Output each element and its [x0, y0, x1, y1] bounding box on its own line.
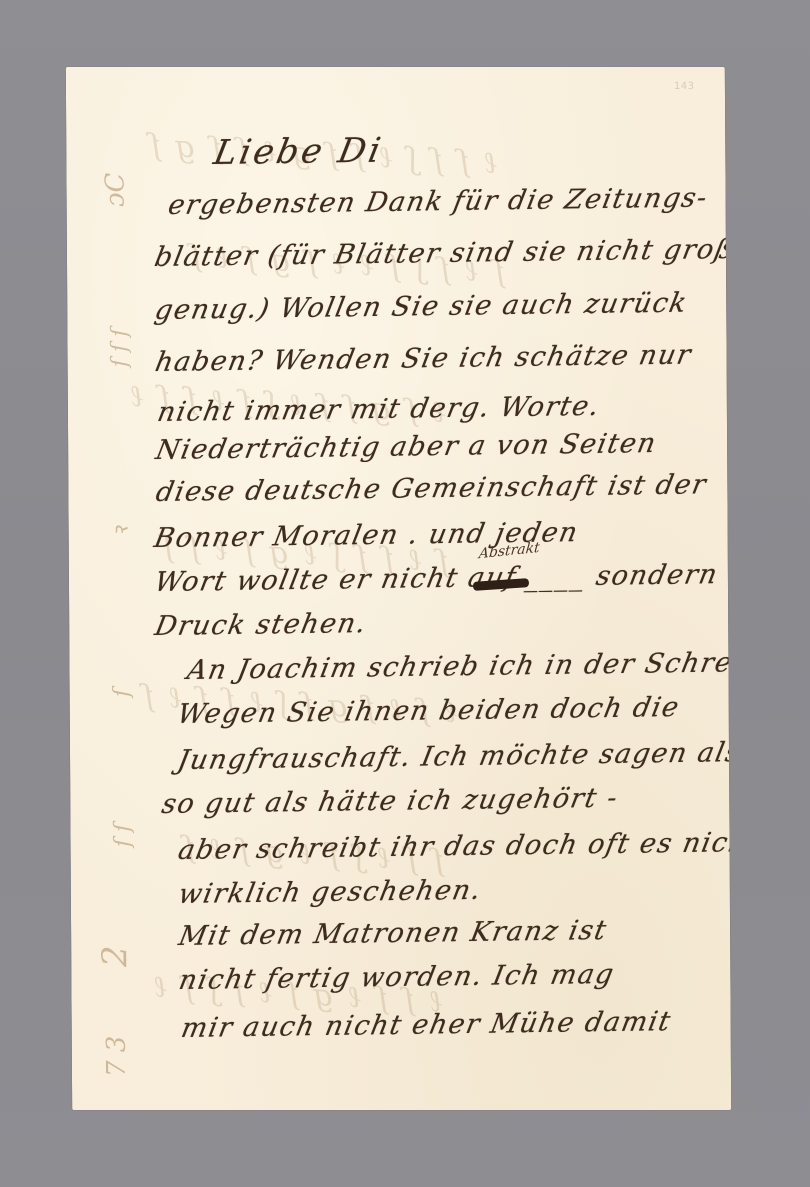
- letter-line-7: diese deutsche Gemeinschaft ist der: [153, 469, 709, 508]
- margin-bleed-mark: ſ: [110, 689, 135, 697]
- letter-line-18: nicht fertig worden. Ich mag: [176, 959, 617, 996]
- letter-line-19: mir auch nicht eher Mühe damit: [179, 1006, 674, 1044]
- letter-line-15: aber schreibt ihr das doch oft es nicht: [176, 827, 732, 866]
- margin-bleed-mark: ꝛ: [105, 527, 135, 537]
- margin-bleed-mark: 2: [95, 945, 135, 967]
- margin-bleed-mark: ſ ſ ſ: [107, 329, 132, 367]
- letter-line-9: Wort wollte er nicht auf ____ sondern: [152, 559, 721, 598]
- letter-line-16: wirklich geschehen.: [176, 875, 485, 910]
- margin-bleed-mark: ɔC: [100, 173, 130, 207]
- letter-line-6: Niederträchtig aber a von Seiten: [153, 428, 659, 466]
- letter-line-13: Jungfrauschaft. Ich möchte sagen als sei: [175, 736, 731, 776]
- letter-line-1: ergebensten Dank für die Zeitungs-: [166, 182, 711, 221]
- margin-bleed-mark: 7 3: [102, 1036, 132, 1077]
- letter-line-5: nicht immer mit derg. Worte.: [155, 391, 603, 428]
- salutation: Liebe Di: [210, 131, 386, 173]
- letter-line-11: An Joachim schrieb ich in der Schreiber-: [185, 646, 732, 686]
- letter-line-4: haben? Wenden Sie ich schätze nur: [153, 339, 695, 378]
- letter-line-14: so gut als hätte ich zugehört -: [159, 783, 621, 820]
- letter-line-2: blätter (für Blätter sind sie nicht groß: [152, 234, 731, 273]
- letter-line-12: Wegen Sie ihnen beiden doch die: [175, 692, 683, 730]
- letter-sheet: 143 ℓ ſ ſ ʃ ℓ ſ ſ ɡ ℓ ſ ſ ɡ ſ ſ ℓ ſ ʃ ſ …: [66, 67, 731, 1110]
- letter-line-3: genug.) Wollen Sie sie auch zurück: [152, 288, 690, 327]
- margin-bleed-mark: ſ ſ: [110, 824, 135, 847]
- letter-line-10: Druck stehen.: [152, 608, 369, 642]
- archive-number: 143: [674, 81, 695, 92]
- letter-line-17: Mit dem Matronen Kranz ist: [176, 915, 610, 952]
